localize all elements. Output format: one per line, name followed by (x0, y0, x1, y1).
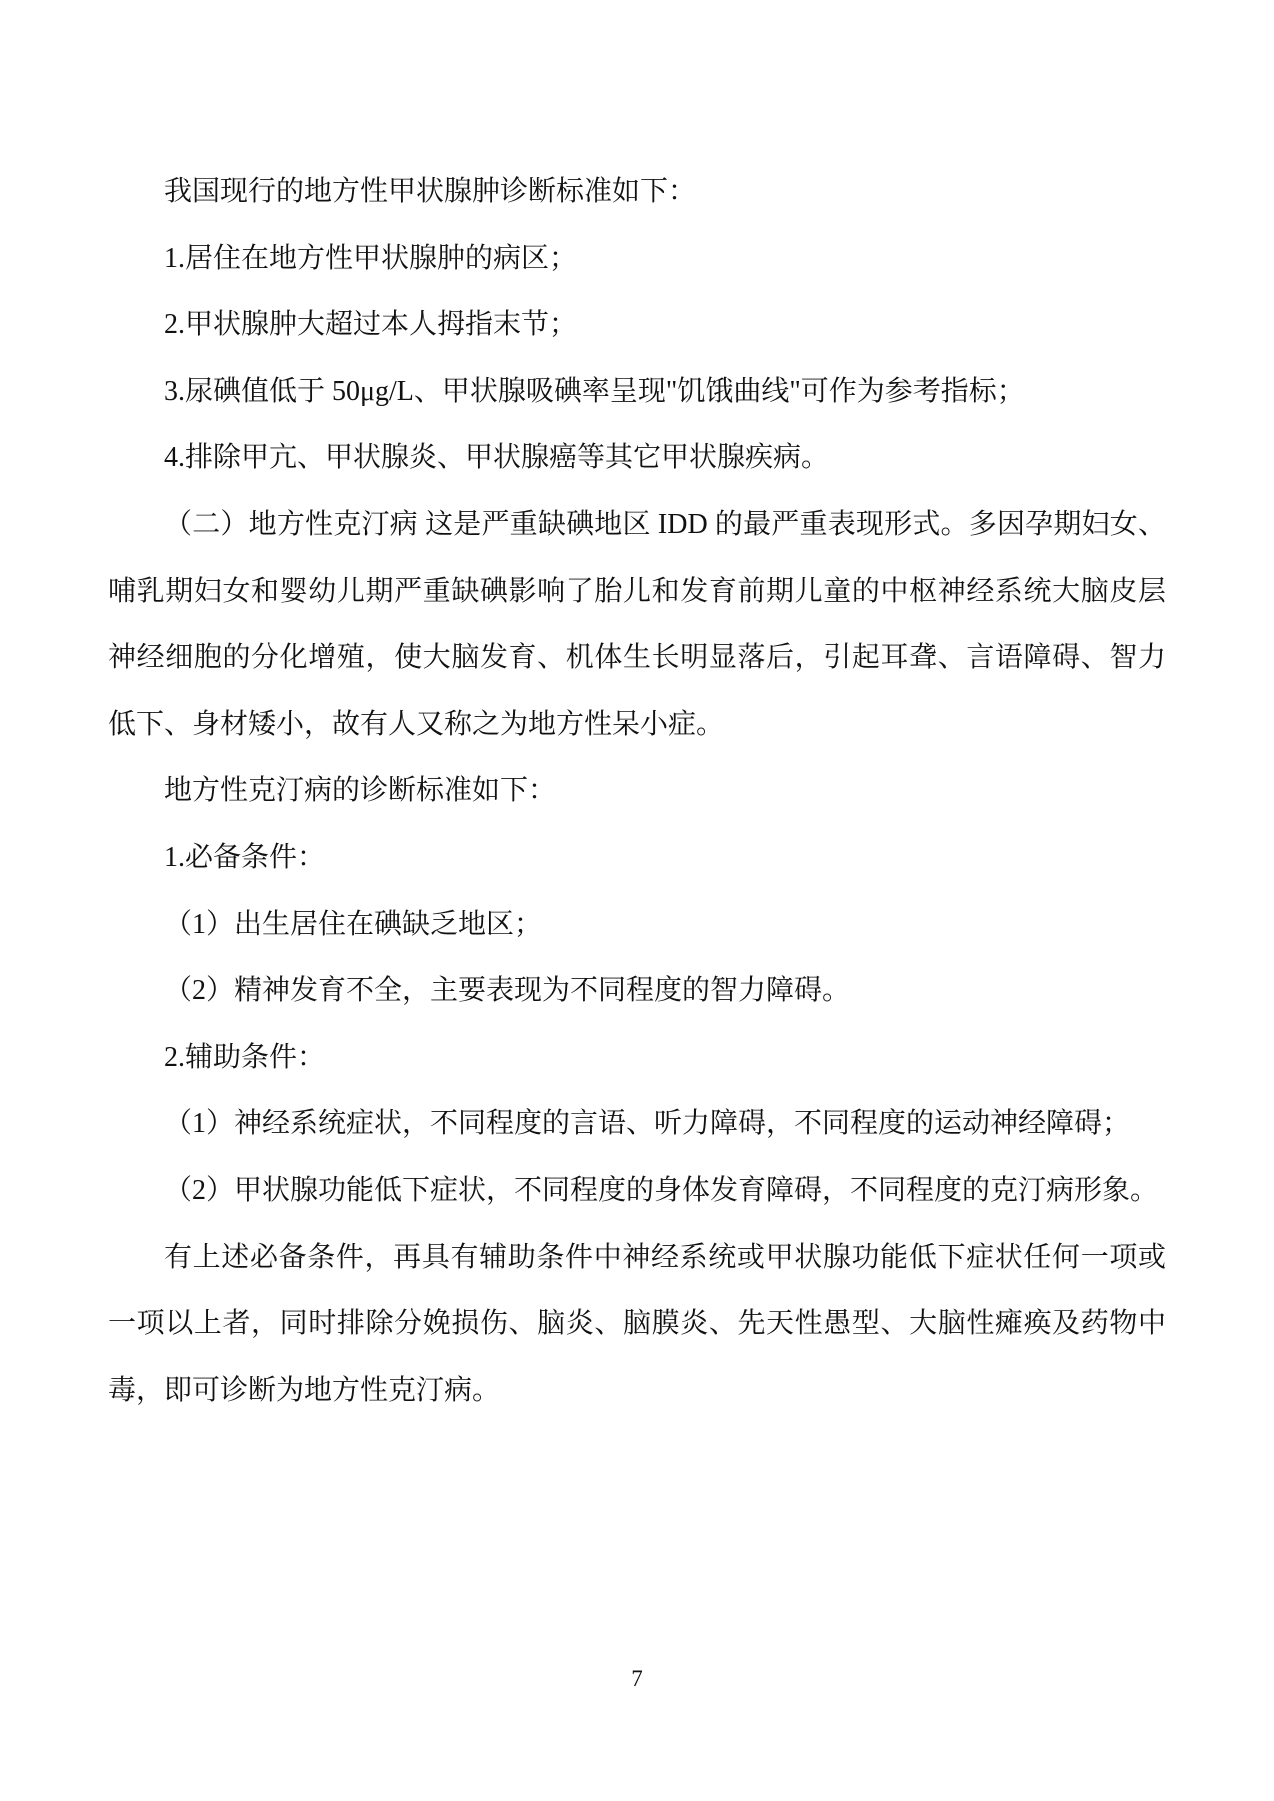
paragraph: 1.必备条件： (108, 825, 1166, 892)
paragraph: 3.尿碘值低于 50μg/L、甲状腺吸碘率呈现"饥饿曲线"可作为参考指标； (108, 359, 1166, 426)
paragraph: 地方性克汀病的诊断标准如下： (108, 758, 1166, 825)
paragraph: （1）神经系统症状，不同程度的言语、听力障碍，不同程度的运动神经障碍； (108, 1091, 1166, 1158)
paragraph: （二）地方性克汀病 这是严重缺碘地区 IDD 的最严重表现形式。多因孕期妇女、哺… (108, 492, 1166, 758)
paragraph: 2.甲状腺肿大超过本人拇指末节； (108, 292, 1166, 359)
paragraph: （2）精神发育不全，主要表现为不同程度的智力障碍。 (108, 958, 1166, 1025)
paragraph: 1.居住在地方性甲状腺肿的病区； (108, 226, 1166, 293)
paragraph: （1）出生居住在碘缺乏地区； (108, 892, 1166, 959)
paragraph: 2.辅助条件： (108, 1025, 1166, 1092)
page-body-text: 我国现行的地方性甲状腺肿诊断标准如下：1.居住在地方性甲状腺肿的病区；2.甲状腺… (108, 159, 1166, 1424)
paragraph: 我国现行的地方性甲状腺肿诊断标准如下： (108, 159, 1166, 226)
paragraph: （2）甲状腺功能低下症状，不同程度的身体发育障碍，不同程度的克汀病形象。 (108, 1158, 1166, 1225)
document-page: 我国现行的地方性甲状腺肿诊断标准如下：1.居住在地方性甲状腺肿的病区；2.甲状腺… (0, 0, 1274, 1801)
page-number: 7 (0, 1666, 1274, 1692)
paragraph: 4.排除甲亢、甲状腺炎、甲状腺癌等其它甲状腺疾病。 (108, 425, 1166, 492)
paragraph: 有上述必备条件，再具有辅助条件中神经系统或甲状腺功能低下症状任何一项或一项以上者… (108, 1225, 1166, 1425)
